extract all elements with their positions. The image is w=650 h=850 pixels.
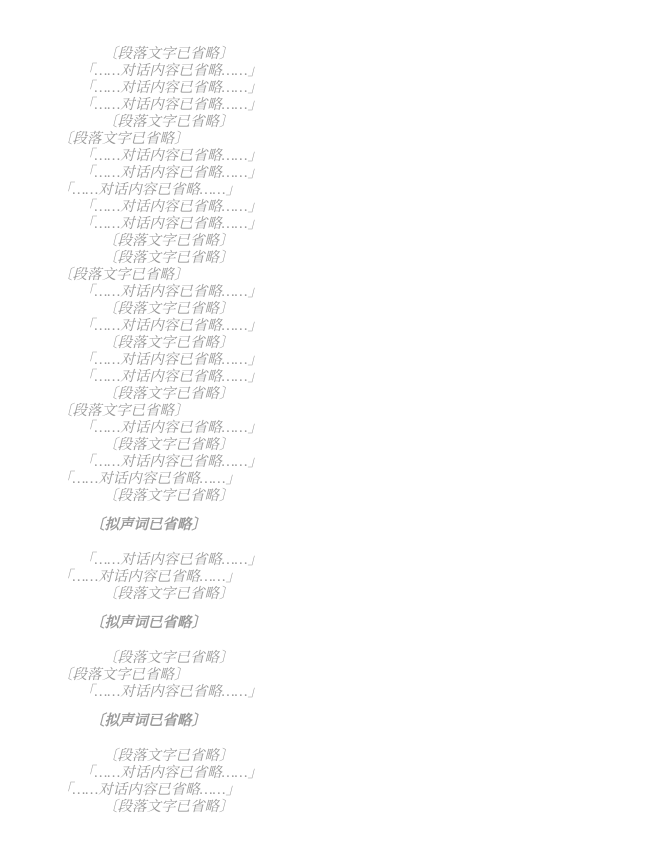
text-line: 「……对话内容已省略……」	[58, 552, 262, 569]
text-line: 〔段落文字已省略〕	[58, 488, 262, 505]
text-line: 「……对话内容已省略……」	[58, 471, 262, 488]
text-line: 「……对话内容已省略……」	[58, 420, 262, 437]
text-line: 〔段落文字已省略〕	[58, 335, 262, 352]
text-line: 〔段落文字已省略〕	[58, 301, 262, 318]
text-line: 〔段落文字已省略〕	[58, 46, 262, 63]
text-line: 「……对话内容已省略……」	[58, 369, 262, 386]
text-line: 〔段落文字已省略〕	[58, 650, 262, 667]
text-line: 「……对话内容已省略……」	[58, 182, 262, 199]
text-line: 「……对话内容已省略……」	[58, 782, 262, 799]
text-line: 「……对话内容已省略……」	[58, 148, 262, 165]
text-line: 「……对话内容已省略……」	[58, 454, 262, 471]
sfx-line: 〔拟声词已省略〕	[58, 517, 262, 534]
novel-page: 〔段落文字已省略〕 「……对话内容已省略……」 「……对话内容已省略……」 「……	[0, 0, 650, 850]
sfx-line: 〔拟声词已省略〕	[58, 713, 262, 730]
text-line: 〔段落文字已省略〕	[58, 403, 262, 420]
text-line: 〔段落文字已省略〕	[58, 667, 262, 684]
text-line: 〔段落文字已省略〕	[58, 267, 262, 284]
text-line: 「……对话内容已省略……」	[58, 318, 262, 335]
text-line: 〔段落文字已省略〕	[58, 586, 262, 603]
text-line: 「……对话内容已省略……」	[58, 97, 262, 114]
text-content: 〔段落文字已省略〕 「……对话内容已省略……」 「……对话内容已省略……」 「……	[58, 46, 262, 816]
text-line: 「……对话内容已省略……」	[58, 216, 262, 233]
text-line: 「……对话内容已省略……」	[58, 80, 262, 97]
text-line: 〔段落文字已省略〕	[58, 748, 262, 765]
text-line: 「……对话内容已省略……」	[58, 352, 262, 369]
text-line: 〔段落文字已省略〕	[58, 386, 262, 403]
text-line: 「……对话内容已省略……」	[58, 165, 262, 182]
text-line: 「……对话内容已省略……」	[58, 569, 262, 586]
text-line: 「……对话内容已省略……」	[58, 684, 262, 701]
text-line: 「……对话内容已省略……」	[58, 199, 262, 216]
text-line: 「……对话内容已省略……」	[58, 284, 262, 301]
text-line: 〔段落文字已省略〕	[58, 131, 262, 148]
text-line: 「……对话内容已省略……」	[58, 765, 262, 782]
text-line: 〔段落文字已省略〕	[58, 233, 262, 250]
text-line: 〔段落文字已省略〕	[58, 250, 262, 267]
text-line: 〔段落文字已省略〕	[58, 799, 262, 816]
text-line: 〔段落文字已省略〕	[58, 437, 262, 454]
text-line: 「……对话内容已省略……」	[58, 63, 262, 80]
sfx-line: 〔拟声词已省略〕	[58, 615, 262, 632]
text-line: 〔段落文字已省略〕	[58, 114, 262, 131]
